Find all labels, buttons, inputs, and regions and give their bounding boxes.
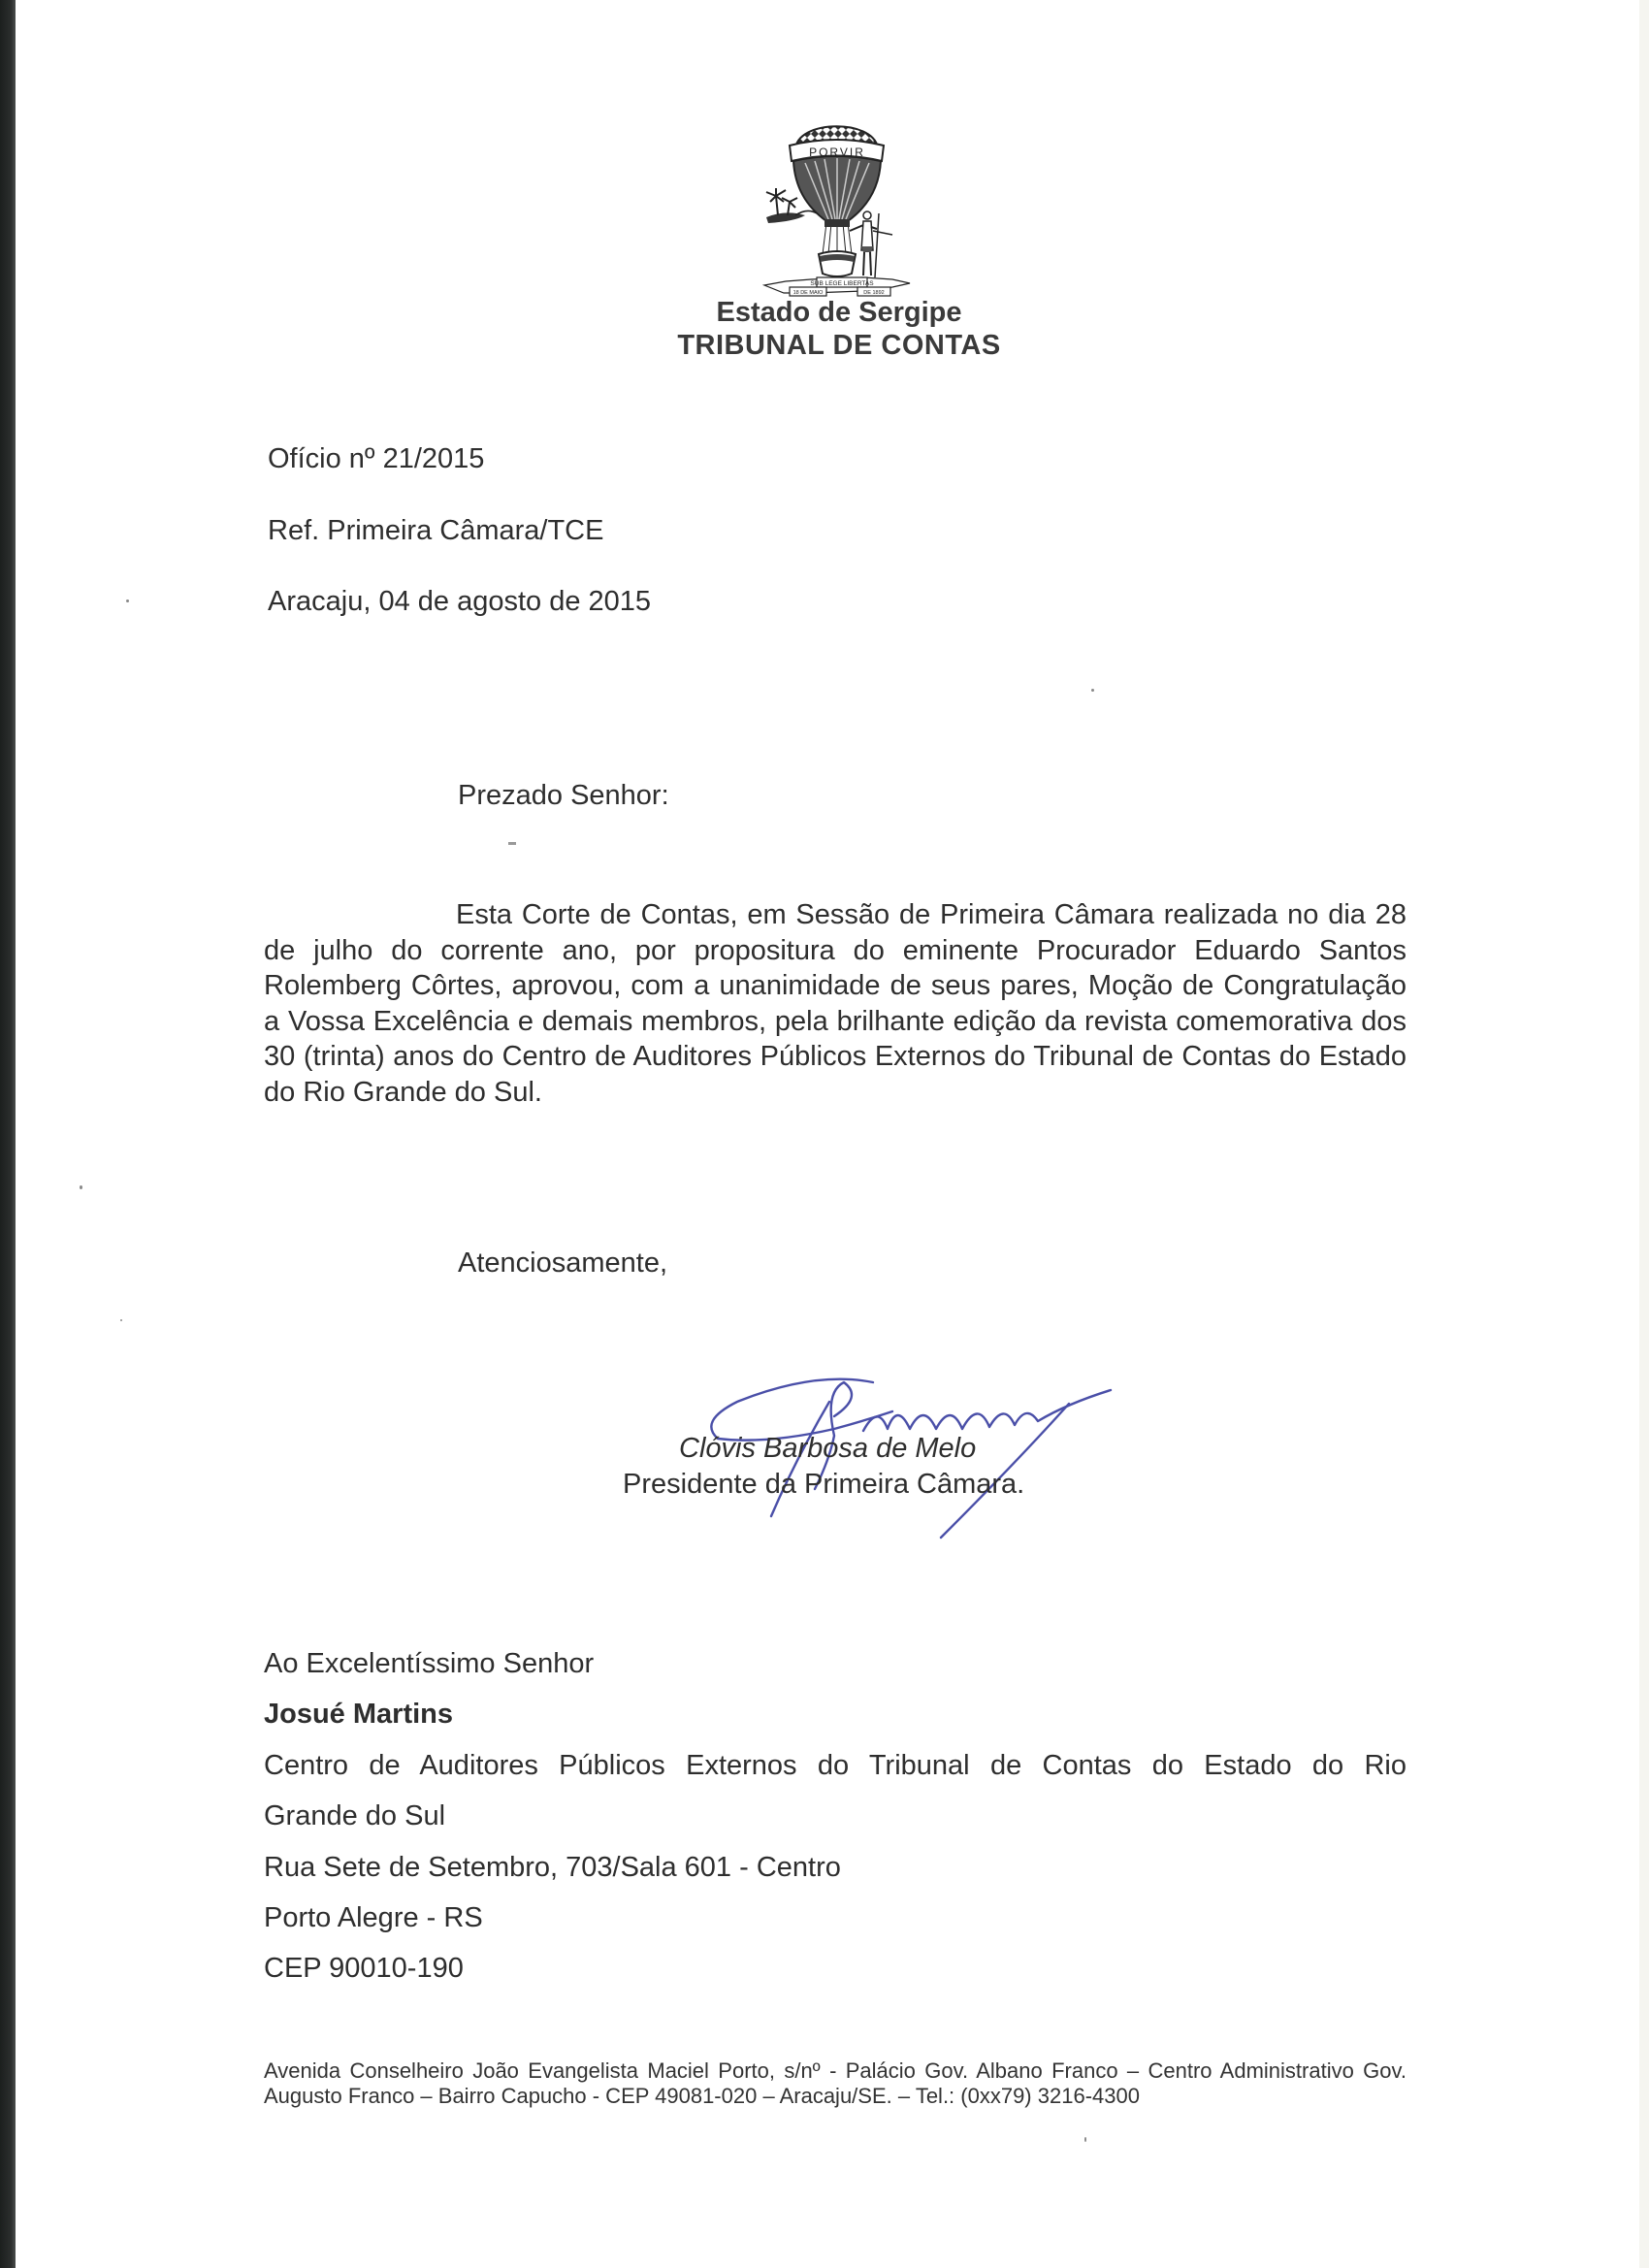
letter-body-text: Esta Corte de Contas, em Sessão de Prime…	[264, 899, 1406, 1108]
place-date: Aracaju, 04 de agosto de 2015	[268, 584, 651, 619]
scan-speck	[1084, 2137, 1086, 2142]
reference-line: Ref. Primeira Câmara/TCE	[268, 513, 603, 548]
letter-body: Esta Corte de Contas, em Sessão de Prime…	[264, 897, 1406, 1110]
scan-speck	[80, 1185, 82, 1189]
oficio-number: Ofício nº 21/2015	[268, 441, 484, 476]
scan-speck	[126, 599, 129, 602]
signatory-title: Presidente da Primeira Câmara.	[623, 1467, 1024, 1502]
sergipe-coat-of-arms-icon: PORVIR SUB LEGE LIBERTAS 18 DE MAIO	[757, 107, 917, 301]
letterhead-state: Estado de Sergipe	[29, 296, 1649, 329]
addressee-organization-line2: Grande do Sul	[264, 1798, 445, 1833]
addressee-street: Rua Sete de Setembro, 703/Sala 601 - Cen…	[264, 1850, 841, 1885]
addressee-name: Josué Martins	[264, 1697, 453, 1732]
addressee-greeting: Ao Excelentíssimo Senhor	[264, 1646, 594, 1681]
scan-speck	[120, 1319, 122, 1321]
letterhead-institution: TRIBUNAL DE CONTAS	[29, 329, 1649, 362]
addressee-city: Porto Alegre - RS	[264, 1900, 483, 1935]
salutation: Prezado Senhor:	[458, 778, 669, 813]
scan-mark	[508, 842, 516, 845]
closing: Atenciosamente,	[458, 1246, 667, 1280]
footer-address: Avenida Conselheiro João Evangelista Mac…	[264, 2058, 1406, 2109]
addressee-organization-line1: Centro de Auditores Públicos Externos do…	[264, 1748, 1406, 1783]
svg-text:SUB LEGE LIBERTAS: SUB LEGE LIBERTAS	[810, 280, 874, 287]
signatory-name: Clóvis Barbosa de Melo	[679, 1431, 976, 1466]
scan-speck	[1091, 689, 1094, 692]
letterhead: Estado de Sergipe TRIBUNAL DE CONTAS	[0, 296, 1649, 362]
addressee-postal-code: CEP 90010-190	[264, 1951, 464, 1986]
